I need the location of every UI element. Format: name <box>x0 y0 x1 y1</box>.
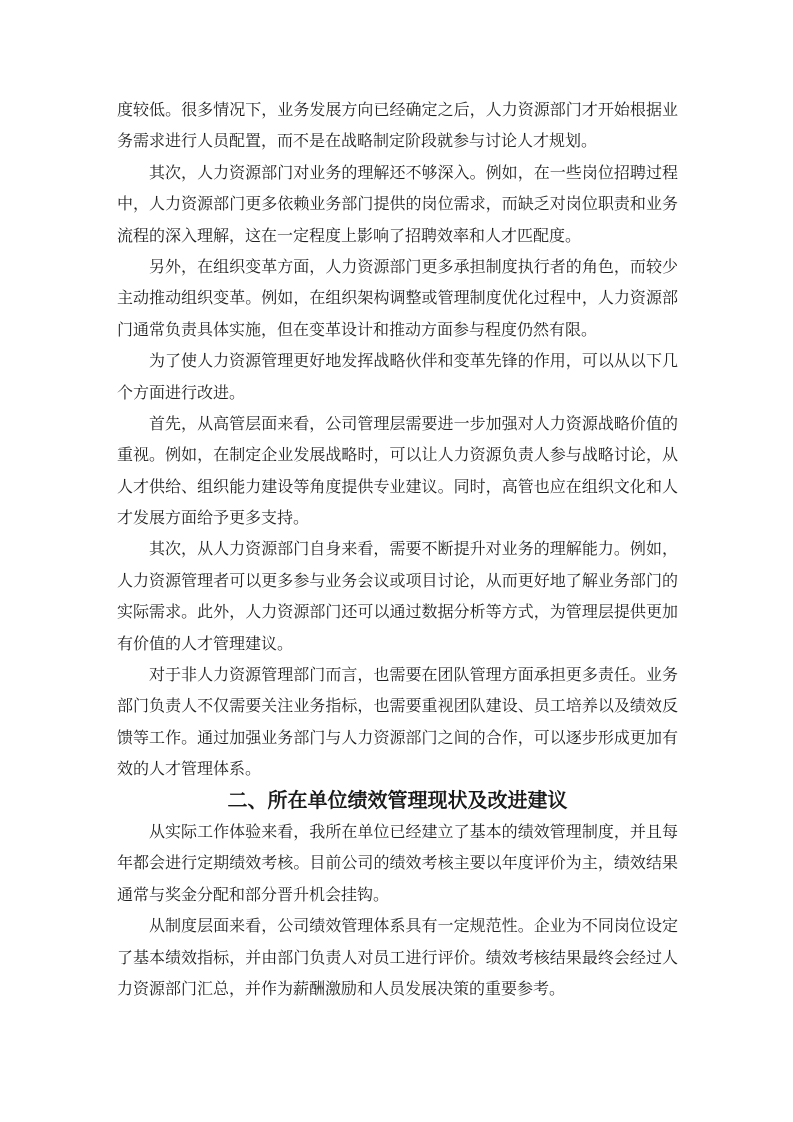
text-line: 另外，在组织变革方面，人力资源部门更多承担制度执行者的角色，而较少 <box>117 252 678 283</box>
text-line: 为了使人力资源管理更好地发挥战略伙伴和变革先锋的作用，可以从以下几 <box>117 346 678 377</box>
text-line: 人力资源管理者可以更多参与业务会议或项目讨论，从而更好地了解业务部门的 <box>117 566 678 597</box>
text-line: 门通常负责具体实施，但在变革设计和推动方面参与程度仍然有限。 <box>117 315 678 346</box>
text-line: 部门负责人不仅需要关注业务指标，也需要重视团队建设、员工培养以及绩效反 <box>117 691 678 722</box>
text-line: 中，人力资源部门更多依赖业务部门提供的岗位需求，而缺乏对岗位职责和业务 <box>117 189 678 220</box>
document-page: 度较低。很多情况下，业务发展方向已经确定之后，人力资源部门才开始根据业务需求进行… <box>0 0 793 1122</box>
section-heading: 二、所在单位绩效管理现状及改进建议 <box>117 786 678 817</box>
text-line: 通常与奖金分配和部分晋升机会挂钩。 <box>117 880 678 911</box>
text-line: 度较低。很多情况下，业务发展方向已经确定之后，人力资源部门才开始根据业 <box>117 95 678 126</box>
text-line: 个方面进行改进。 <box>117 378 678 409</box>
text-line: 从制度层面来看，公司绩效管理体系具有一定规范性。企业为不同岗位设定 <box>117 911 678 942</box>
text-line: 有价值的人才管理建议。 <box>117 629 678 660</box>
text-line: 重视。例如，在制定企业发展战略时，可以让人力资源负责人参与战略讨论，从 <box>117 440 678 471</box>
text-line: 其次，从人力资源部门自身来看，需要不断提升对业务的理解能力。例如， <box>117 534 678 565</box>
text-line: 首先，从高管层面来看，公司管理层需要进一步加强对人力资源战略价值的 <box>117 409 678 440</box>
text-line: 主动推动组织变革。例如，在组织架构调整或管理制度优化过程中，人力资源部 <box>117 283 678 314</box>
text-line: 流程的深入理解，这在一定程度上影响了招聘效率和人才匹配度。 <box>117 221 678 252</box>
text-line: 效的人才管理体系。 <box>117 754 678 785</box>
text-line: 馈等工作。通过加强业务部门与人力资源部门之间的合作，可以逐步形成更加有 <box>117 723 678 754</box>
text-line: 才发展方面给予更多支持。 <box>117 503 678 534</box>
text-line: 实际需求。此外，人力资源部门还可以通过数据分析等方式，为管理层提供更加 <box>117 597 678 628</box>
text-line: 力资源部门汇总，并作为薪酬激励和人员发展决策的重要参考。 <box>117 974 678 1005</box>
document-body: 度较低。很多情况下，业务发展方向已经确定之后，人力资源部门才开始根据业务需求进行… <box>117 95 678 1005</box>
text-line: 务需求进行人员配置，而不是在战略制定阶段就参与讨论人才规划。 <box>117 126 678 157</box>
text-line: 其次，人力资源部门对业务的理解还不够深入。例如，在一些岗位招聘过程 <box>117 158 678 189</box>
text-line: 人才供给、组织能力建设等角度提供专业建议。同时，高管也应在组织文化和人 <box>117 472 678 503</box>
text-line: 了基本绩效指标，并由部门负责人对员工进行评价。绩效考核结果最终会经过人 <box>117 943 678 974</box>
text-line: 对于非人力资源管理部门而言，也需要在团队管理方面承担更多责任。业务 <box>117 660 678 691</box>
text-line: 从实际工作体验来看，我所在单位已经建立了基本的绩效管理制度，并且每 <box>117 817 678 848</box>
text-line: 年都会进行定期绩效考核。目前公司的绩效考核主要以年度评价为主，绩效结果 <box>117 848 678 879</box>
